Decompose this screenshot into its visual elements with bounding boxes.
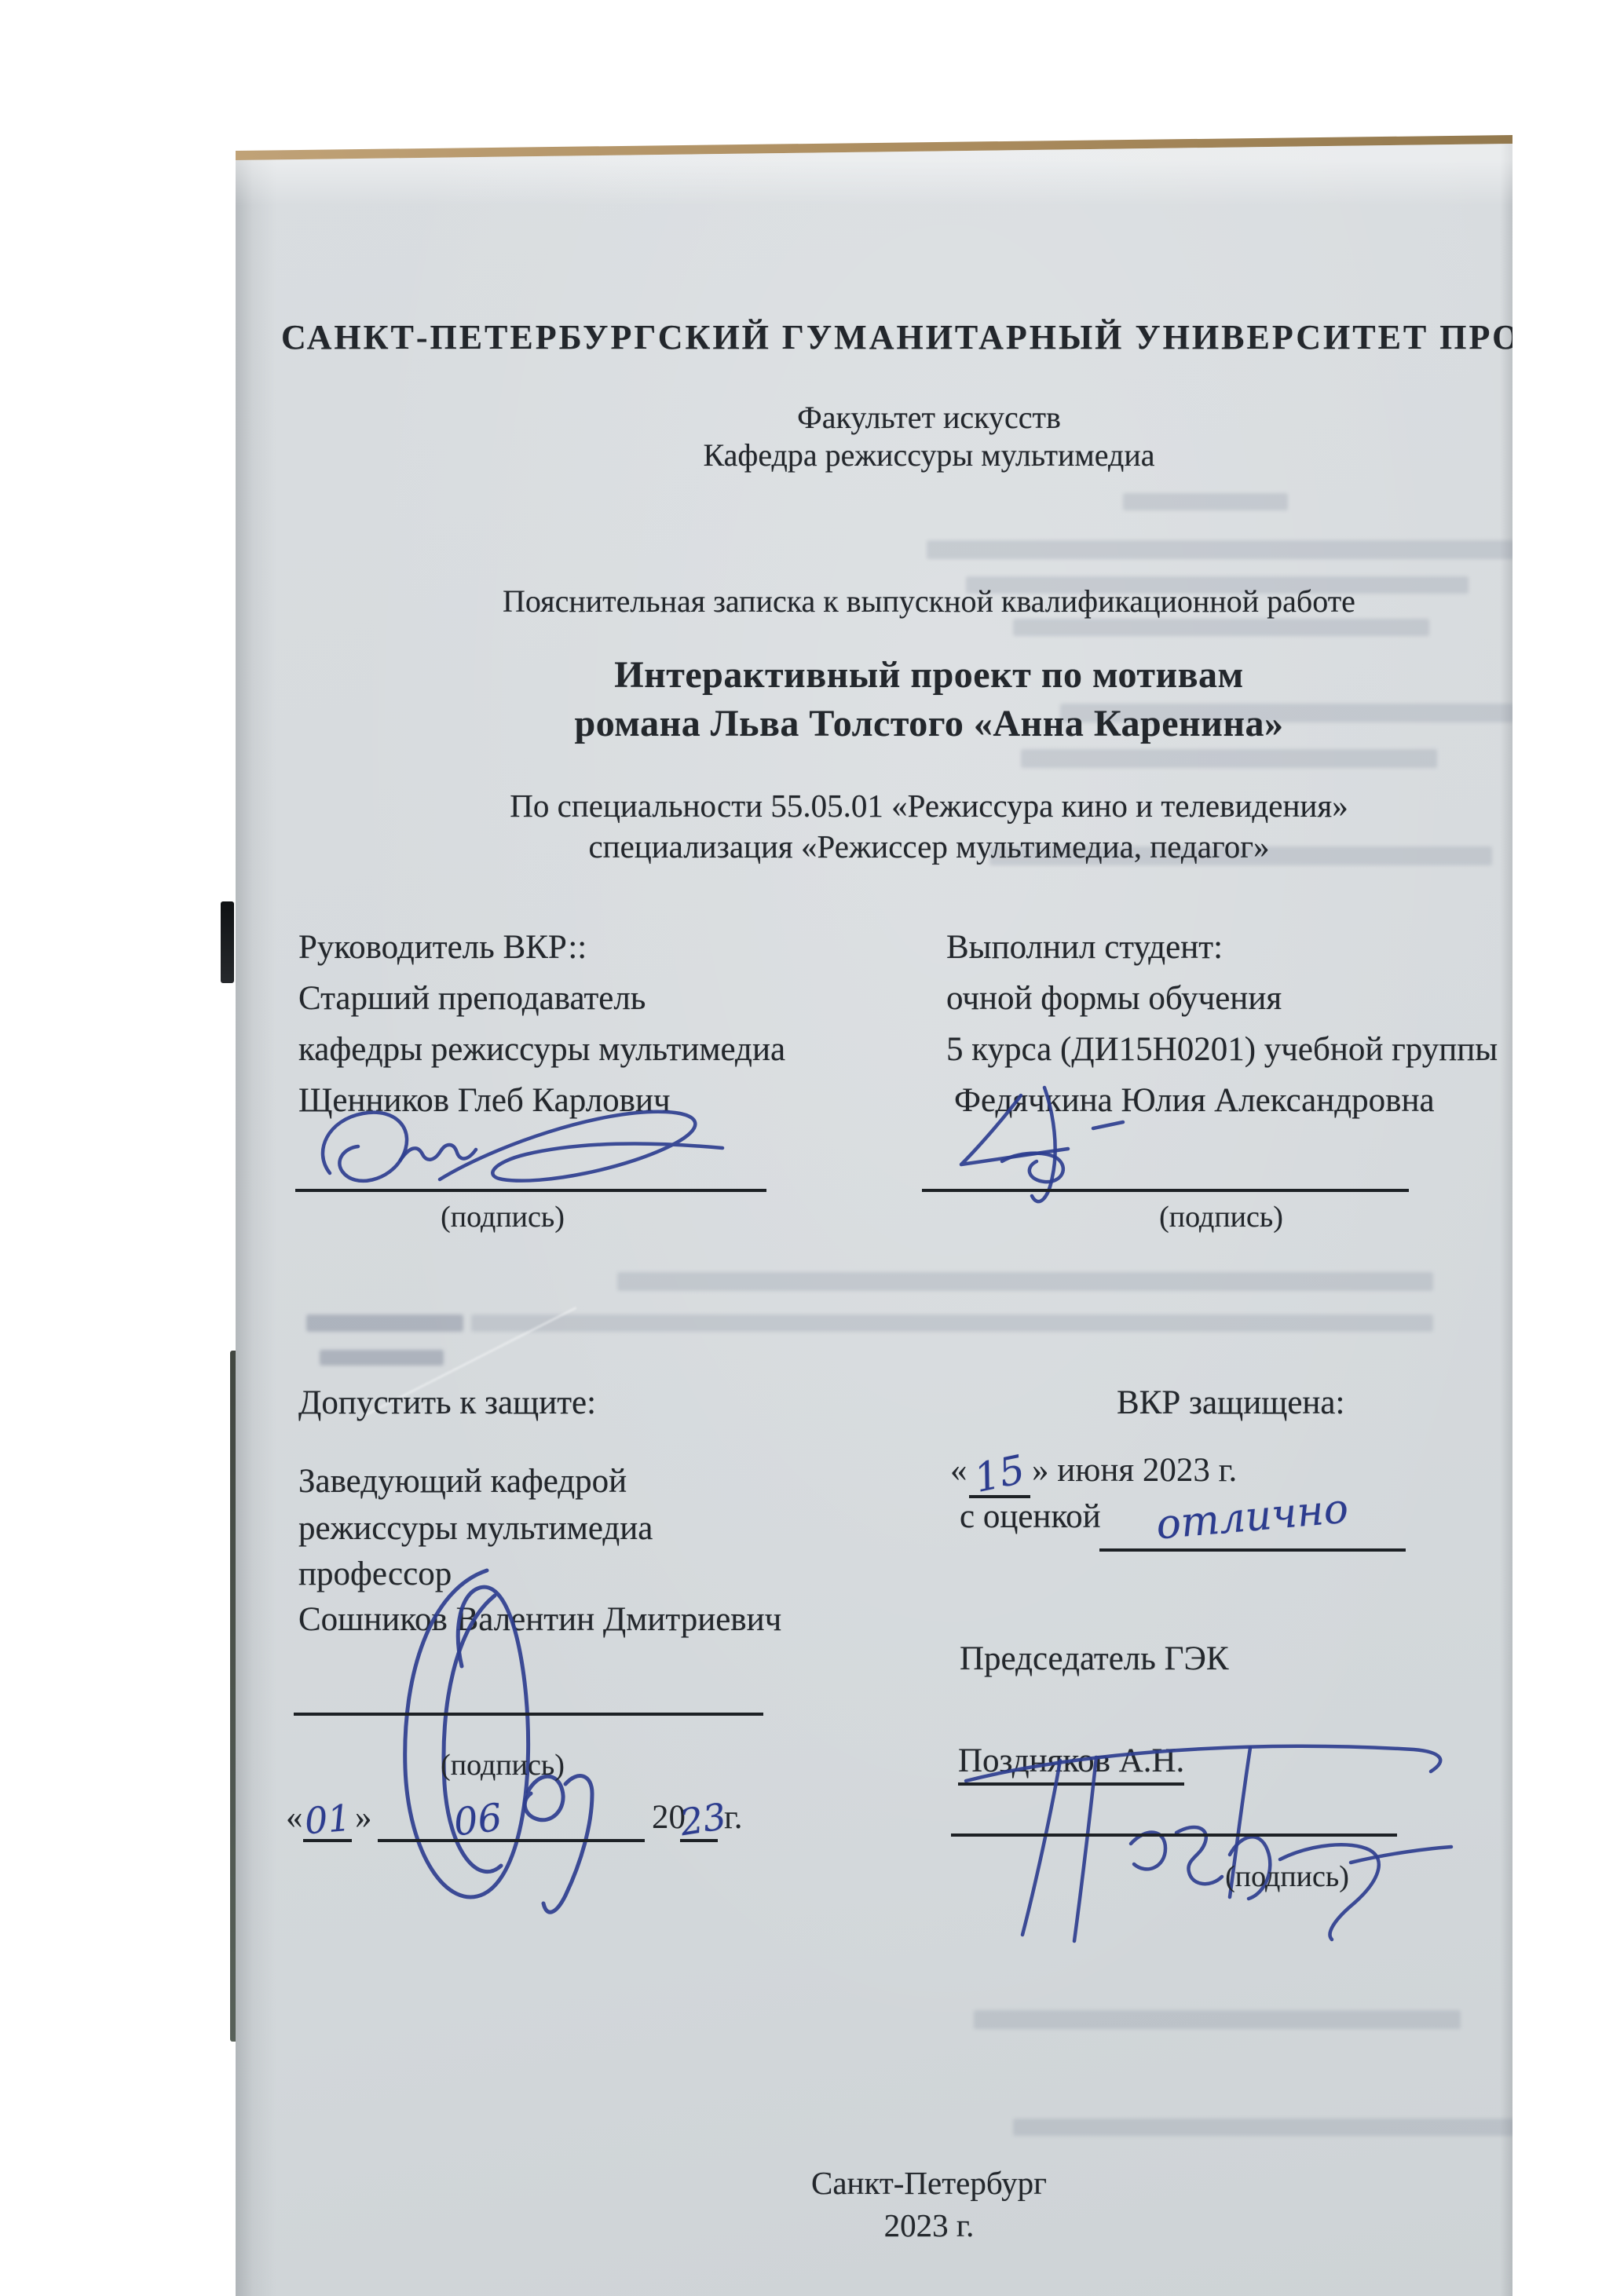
- bleed-through-line: [320, 1350, 444, 1366]
- handwritten-year: 23: [677, 1795, 729, 1844]
- handwritten-month: 06: [452, 1795, 504, 1844]
- admission-month-slot: 06: [378, 1798, 645, 1842]
- quote-close: »: [355, 1798, 372, 1837]
- supervisor-position-2: кафедры режиссуры мультимедиа: [298, 1030, 785, 1069]
- student-line2: 5 курса (ДИ15Н0201) учебной группы: [946, 1030, 1498, 1069]
- defense-label: ВКР защищена:: [1117, 1384, 1344, 1422]
- bleed-through-line: [617, 1272, 1433, 1291]
- year-suffix: г.: [724, 1798, 743, 1837]
- student-signature: [927, 1073, 1429, 1215]
- handwritten-grade: отлично: [1154, 1485, 1350, 1548]
- specialization-line: специализация «Режиссер мультимедиа, пед…: [369, 828, 1489, 865]
- admission-year-slot: 23: [680, 1798, 718, 1842]
- admission-day-slot: 01: [303, 1798, 352, 1842]
- admission-date-row: « 01 » 06 20 23 г.: [236, 1798, 785, 1845]
- defense-day-slot: 15: [969, 1451, 1030, 1498]
- bleed-through-line: [1123, 493, 1288, 510]
- defense-date-row: « 15 » июня 2023 г.: [236, 1451, 942, 1501]
- bleed-through-line: [927, 540, 1512, 559]
- student-line1: очной формы обучения: [946, 979, 1282, 1018]
- admission-label: Допустить к защите:: [298, 1384, 596, 1422]
- department-name: Кафедра режиссуры мультимедиа: [369, 437, 1489, 473]
- scanned-title-page: САНКТ-ПЕТЕРБУРГСКИЙ ГУМАНИТАРНЫЙ УНИВЕРС…: [0, 0, 1624, 2296]
- bleed-through-line: [1013, 619, 1429, 636]
- defense-signature-line: [951, 1834, 1397, 1837]
- university-name: САНКТ-ПЕТЕРБУРГСКИЙ ГУМАНИТАРНЫЙ УНИВЕРС…: [281, 317, 1512, 357]
- specialty-line: По специальности 55.05.01 «Режиссура кин…: [369, 787, 1489, 824]
- supervisor-signature-line: [295, 1189, 766, 1192]
- faculty-name: Факультет искусств: [369, 399, 1489, 436]
- bleed-through-line: [1013, 2119, 1512, 2136]
- handwritten-day: 15: [971, 1446, 1029, 1501]
- student-signature-line: [922, 1189, 1409, 1192]
- admission-signature-caption: (подпись): [346, 1748, 660, 1782]
- chairman-label: Председатель ГЭК: [960, 1640, 1229, 1678]
- department-head-line2: режиссуры мультимедиа: [298, 1509, 653, 1548]
- work-title-line2: романа Льва Толстого «Анна Каренина»: [369, 702, 1489, 745]
- supervisor-signature: [283, 1085, 770, 1203]
- department-head-signature: [330, 1548, 660, 1925]
- grade-label: с оценкой: [960, 1497, 1101, 1536]
- defense-signature-caption: (подпись): [1201, 1859, 1373, 1894]
- quote-open: «: [286, 1798, 303, 1837]
- handwritten-day: 01: [302, 1797, 352, 1843]
- supervisor-signature-caption: (подпись): [346, 1200, 660, 1234]
- bleed-through-line: [1021, 749, 1437, 768]
- student-signature-caption: (подпись): [1064, 1200, 1378, 1234]
- paper-sheet: САНКТ-ПЕТЕРБУРГСКИЙ ГУМАНИТАРНЫЙ УНИВЕРС…: [236, 135, 1512, 2296]
- admission-signature-line: [294, 1713, 763, 1716]
- chairman-signature: [942, 1706, 1461, 1972]
- quote-open: «: [950, 1451, 967, 1490]
- footer-year: 2023 г.: [369, 2206, 1489, 2244]
- bleed-through-line: [306, 1314, 463, 1332]
- bleed-through-line: [471, 1314, 1433, 1332]
- footer-city: Санкт-Петербург: [369, 2164, 1489, 2202]
- document-type: Пояснительная записка к выпускной квалиф…: [369, 583, 1489, 620]
- binder-clip-mark: [221, 901, 234, 983]
- supervisor-position-1: Старший преподаватель: [298, 979, 646, 1018]
- defense-date-rest: » июня 2023 г.: [1032, 1451, 1237, 1490]
- grade-slot: отлично: [1099, 1492, 1406, 1552]
- work-title-line1: Интерактивный проект по мотивам: [369, 653, 1489, 696]
- document-photo: САНКТ-ПЕТЕРБУРГСКИЙ ГУМАНИТАРНЫЙ УНИВЕРС…: [236, 135, 1512, 2296]
- bleed-through-line: [974, 2010, 1461, 2029]
- student-label: Выполнил студент:: [946, 928, 1223, 967]
- supervisor-label: Руководитель ВКР::: [298, 928, 587, 967]
